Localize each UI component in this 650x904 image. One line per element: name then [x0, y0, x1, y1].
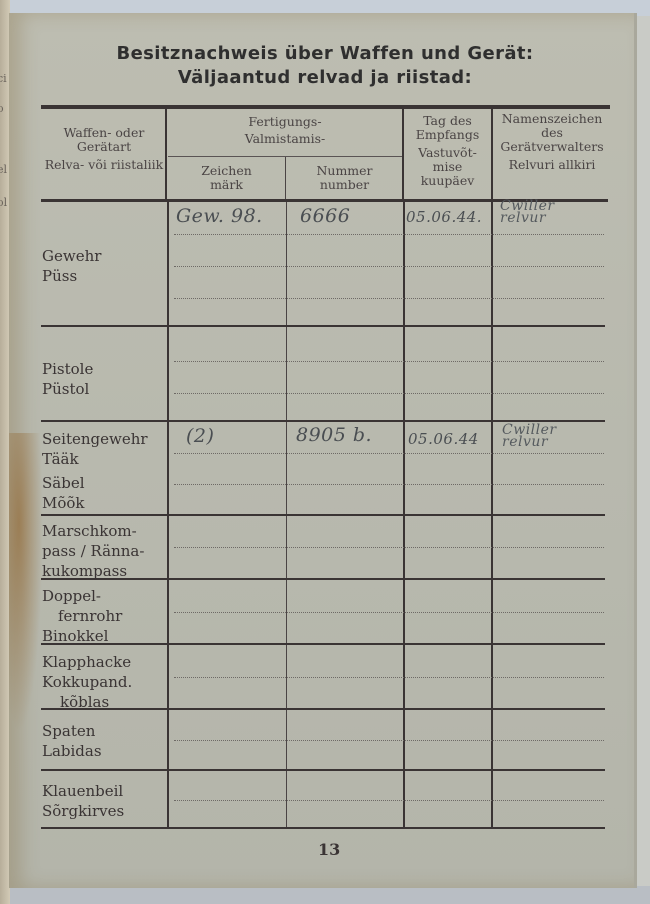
- label-de: Pistole: [42, 359, 93, 379]
- row-label-axe: Klauenbeil Sõrgkirves: [42, 781, 124, 821]
- label-de: Doppel-: [42, 586, 122, 606]
- page-title-german: Besitznachweis über Waffen und Gerät:: [30, 43, 620, 64]
- row-label-binoculars: Doppel- fernrohr Binokkel: [42, 586, 122, 646]
- table-bottom-rule: [41, 827, 605, 829]
- label-et: Binokkel: [42, 626, 122, 646]
- label-et: Püss: [42, 266, 101, 286]
- bayonet-mark-entry: (2): [186, 425, 214, 447]
- writing-line: [174, 393, 604, 394]
- label-de: Spaten: [42, 721, 102, 741]
- row-label-hoe: Klapphacke Kokkupand. kõblas: [42, 652, 132, 712]
- header-mark: Zeichen märk: [168, 164, 285, 192]
- writing-line: [174, 740, 604, 741]
- header-mark-et: märk: [168, 178, 285, 192]
- fragment: o: [0, 102, 4, 115]
- label-de: Klapphacke: [42, 652, 132, 672]
- header-divider: [165, 109, 167, 199]
- row-label-compass: Marschkom- pass / Ränna- kukompass: [42, 521, 144, 581]
- fragment: el: [0, 163, 7, 176]
- header-manufacture-et: Valmistamis-: [168, 132, 402, 146]
- writing-line: [174, 234, 604, 235]
- header-date-de: Tag des Empfangs: [404, 114, 491, 142]
- bayonet-number-entry: 8905 b.: [296, 424, 372, 446]
- writing-line: [174, 800, 604, 801]
- header-mark-de: Zeichen: [168, 164, 285, 178]
- header-type: Waffen- oder Gerätart Relva- või riistal…: [44, 126, 164, 172]
- label-de: Gewehr: [42, 246, 101, 266]
- row-rule: [41, 769, 605, 771]
- header-date-et: Vastuvõt-mise kuupäev: [404, 146, 491, 188]
- label-et: Mõõk: [42, 493, 148, 513]
- row-rule: [41, 643, 605, 645]
- writing-line: [174, 547, 604, 548]
- header-number-de: Nummer: [287, 164, 402, 178]
- row-label-rifle: Gewehr Püss: [42, 246, 101, 286]
- rust-stain: [9, 433, 43, 733]
- writing-line: [174, 361, 604, 362]
- writing-line: [174, 484, 604, 485]
- fragment: ci: [0, 72, 7, 85]
- row-rule: [41, 514, 605, 516]
- row-label-pistol: Pistole Püstol: [42, 359, 93, 399]
- label-et: Kokkupand.: [42, 672, 132, 692]
- row-rule: [41, 325, 605, 327]
- rifle-date-entry: 05.06.44.: [406, 208, 482, 226]
- header-signature: Namenszeichen des Gerätverwalters Relvur…: [493, 112, 611, 172]
- label-et: Püstol: [42, 379, 93, 399]
- header-date: Tag des Empfangs Vastuvõt-mise kuupäev: [404, 114, 491, 188]
- header-manufacture-de: Fertigungs-: [168, 115, 402, 129]
- header-number: Nummer number: [287, 164, 402, 192]
- table-top-rule: [41, 105, 610, 109]
- row-label-spade: Spaten Labidas: [42, 721, 102, 761]
- label-de: Marschkom-: [42, 521, 144, 541]
- fragment: ol: [0, 196, 7, 209]
- header-signature-de: Namenszeichen des Gerätverwalters: [493, 112, 611, 154]
- page-title-estonian: Väljaantud relvad ja riistad:: [30, 67, 620, 88]
- label-et: Sõrgkirves: [42, 801, 124, 821]
- label-et: kõblas: [42, 692, 132, 712]
- writing-line: [174, 612, 604, 613]
- label-de: Säbel: [42, 473, 148, 493]
- label-de: Klauenbeil: [42, 781, 124, 801]
- label-de-et: pass / Ränna-: [42, 541, 144, 561]
- header-type-et: Relva- või riistaliik: [44, 158, 164, 172]
- writing-line: [174, 677, 604, 678]
- writing-line: [174, 453, 604, 454]
- rifle-signature-entry: Cwiller relvur: [500, 200, 600, 224]
- label-et: Tääk: [42, 449, 148, 469]
- label-de: fernrohr: [42, 606, 122, 626]
- header-number-et: number: [287, 178, 402, 192]
- header-divider: [285, 157, 286, 199]
- page-number: 13: [318, 840, 340, 859]
- background-bottom: [0, 886, 650, 904]
- label-et: kukompass: [42, 561, 144, 581]
- bayonet-signature-entry: Cwiller relvur: [502, 424, 602, 448]
- header-signature-et: Relvuri allkiri: [493, 158, 611, 172]
- header-manufacture: Fertigungs- Valmistamis-: [168, 115, 402, 146]
- writing-line: [174, 298, 604, 299]
- bayonet-date-entry: 05.06.44: [408, 430, 479, 448]
- rifle-number-entry: 6666: [300, 205, 350, 227]
- label-de: Seitengewehr: [42, 429, 148, 449]
- rifle-mark-entry: Gew. 98.: [176, 205, 263, 227]
- header-type-de: Waffen- oder Gerätart: [44, 126, 164, 154]
- row-label-bayonet: Seitengewehr Tääk Säbel Mõõk: [42, 429, 148, 513]
- label-et: Labidas: [42, 741, 102, 761]
- writing-line: [174, 266, 604, 267]
